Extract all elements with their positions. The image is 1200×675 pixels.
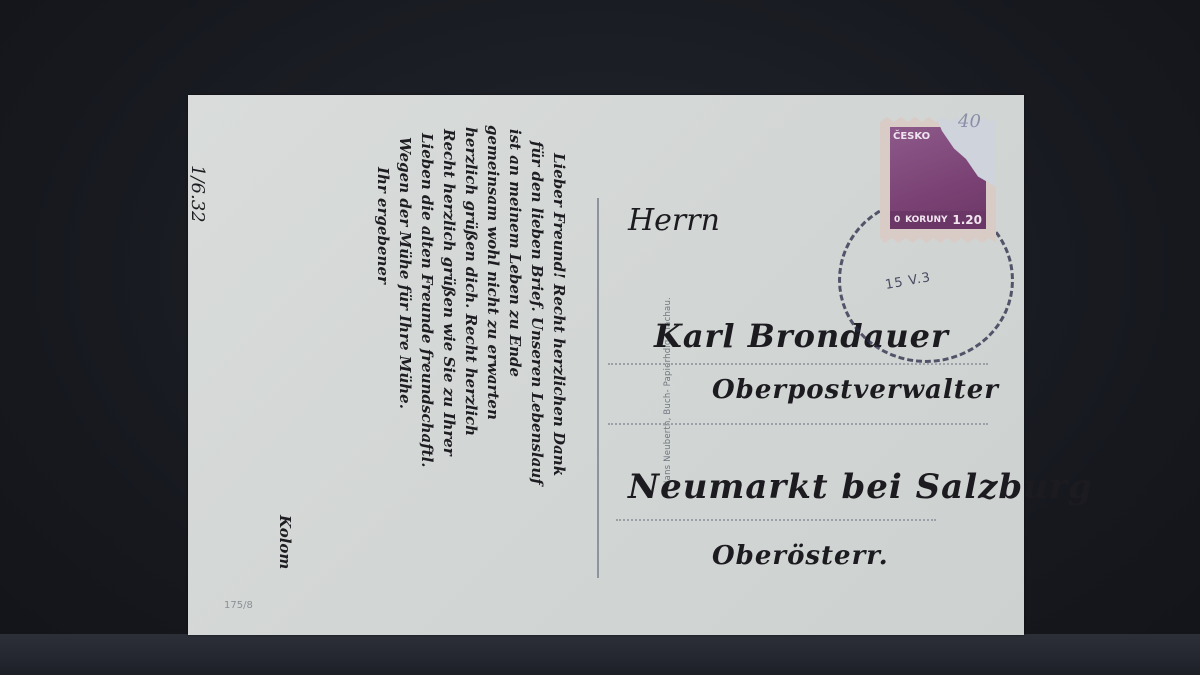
postmark-date: 15 V.3 bbox=[884, 270, 932, 293]
postage-stamp: ČESKO 0 KORUNY 1.20 bbox=[880, 117, 996, 243]
address-line-3 bbox=[616, 519, 936, 521]
message-line: ist an meinem Leben zu Ende bbox=[506, 129, 524, 377]
stamp-fragment: 0 bbox=[894, 215, 900, 225]
stamp-value: 1.20 bbox=[952, 213, 982, 227]
message-line: Lieber Freund! Recht herzlichen Dank bbox=[550, 153, 568, 476]
message-signature: Kolom bbox=[276, 515, 294, 569]
message-line: Wegen der Mühe für Ihre Mühe. bbox=[396, 137, 414, 409]
center-divider bbox=[597, 198, 599, 578]
message-line: gemeinsam wohl nicht zu erwarten bbox=[484, 125, 502, 420]
message-date: 1/6.32 bbox=[187, 165, 208, 223]
message-line: Lieben die alten Freunde freundschaftl. bbox=[418, 133, 436, 468]
address-line-2 bbox=[608, 423, 988, 425]
address-town: Neumarkt bei Salzburg bbox=[628, 467, 1093, 507]
address-region: Oberösterr. bbox=[712, 541, 889, 571]
message-line: herzlich grüßen dich. Recht herzlich bbox=[462, 127, 480, 436]
stamp-country: ČESKO bbox=[893, 131, 930, 142]
pencil-note: 40 bbox=[958, 111, 981, 132]
message-line: für den lieben Brief. Unseren Lebenslauf bbox=[528, 141, 546, 485]
address-salutation: Herrn bbox=[628, 203, 720, 238]
display-shelf bbox=[0, 634, 1200, 675]
stamp-denomination: 0 KORUNY 1.20 bbox=[890, 211, 986, 229]
message-line: Ihr ergebener bbox=[374, 167, 392, 284]
catalog-number: 175/8 bbox=[224, 600, 253, 611]
address-title: Oberpostverwalter bbox=[712, 375, 999, 405]
address-line-1 bbox=[608, 363, 988, 365]
stamp-label: KORUNY bbox=[905, 215, 948, 225]
message-line: Recht herzlich grüßen wie Sie zu Ihrer bbox=[440, 129, 458, 456]
postcard: 1/6.32 Lieber Freund! Recht herzlichen D… bbox=[188, 95, 1024, 635]
